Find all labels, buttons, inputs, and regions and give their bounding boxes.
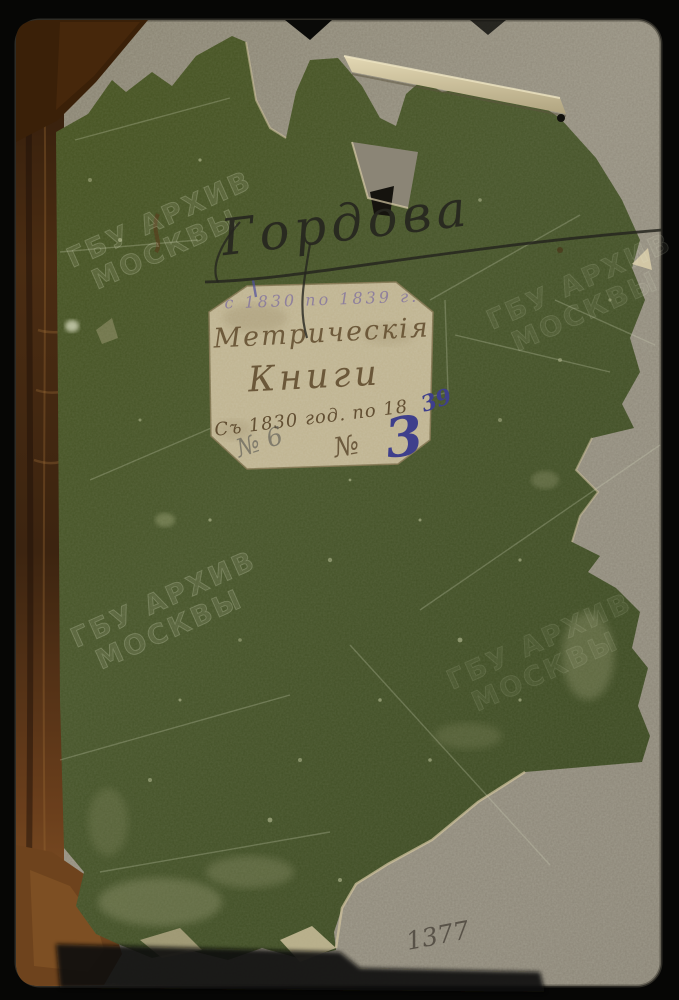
brown-speck	[557, 247, 563, 253]
label-number-sign: №	[330, 429, 362, 464]
worm-hole	[557, 114, 565, 122]
archival-scan: ГБУ АРХИВ МОСКВЫ ГБУ АРХИВ МОСКВЫ ГБУ АР…	[0, 0, 679, 1000]
book-cover-photo: ГБУ АРХИВ МОСКВЫ ГБУ АРХИВ МОСКВЫ ГБУ АР…	[0, 0, 679, 1000]
paper-label: с 1830 по 1839 г. Метрическія Книги Съ 1…	[209, 280, 455, 471]
spine-groove	[28, 30, 30, 960]
label-title-books: Книги	[246, 354, 382, 401]
